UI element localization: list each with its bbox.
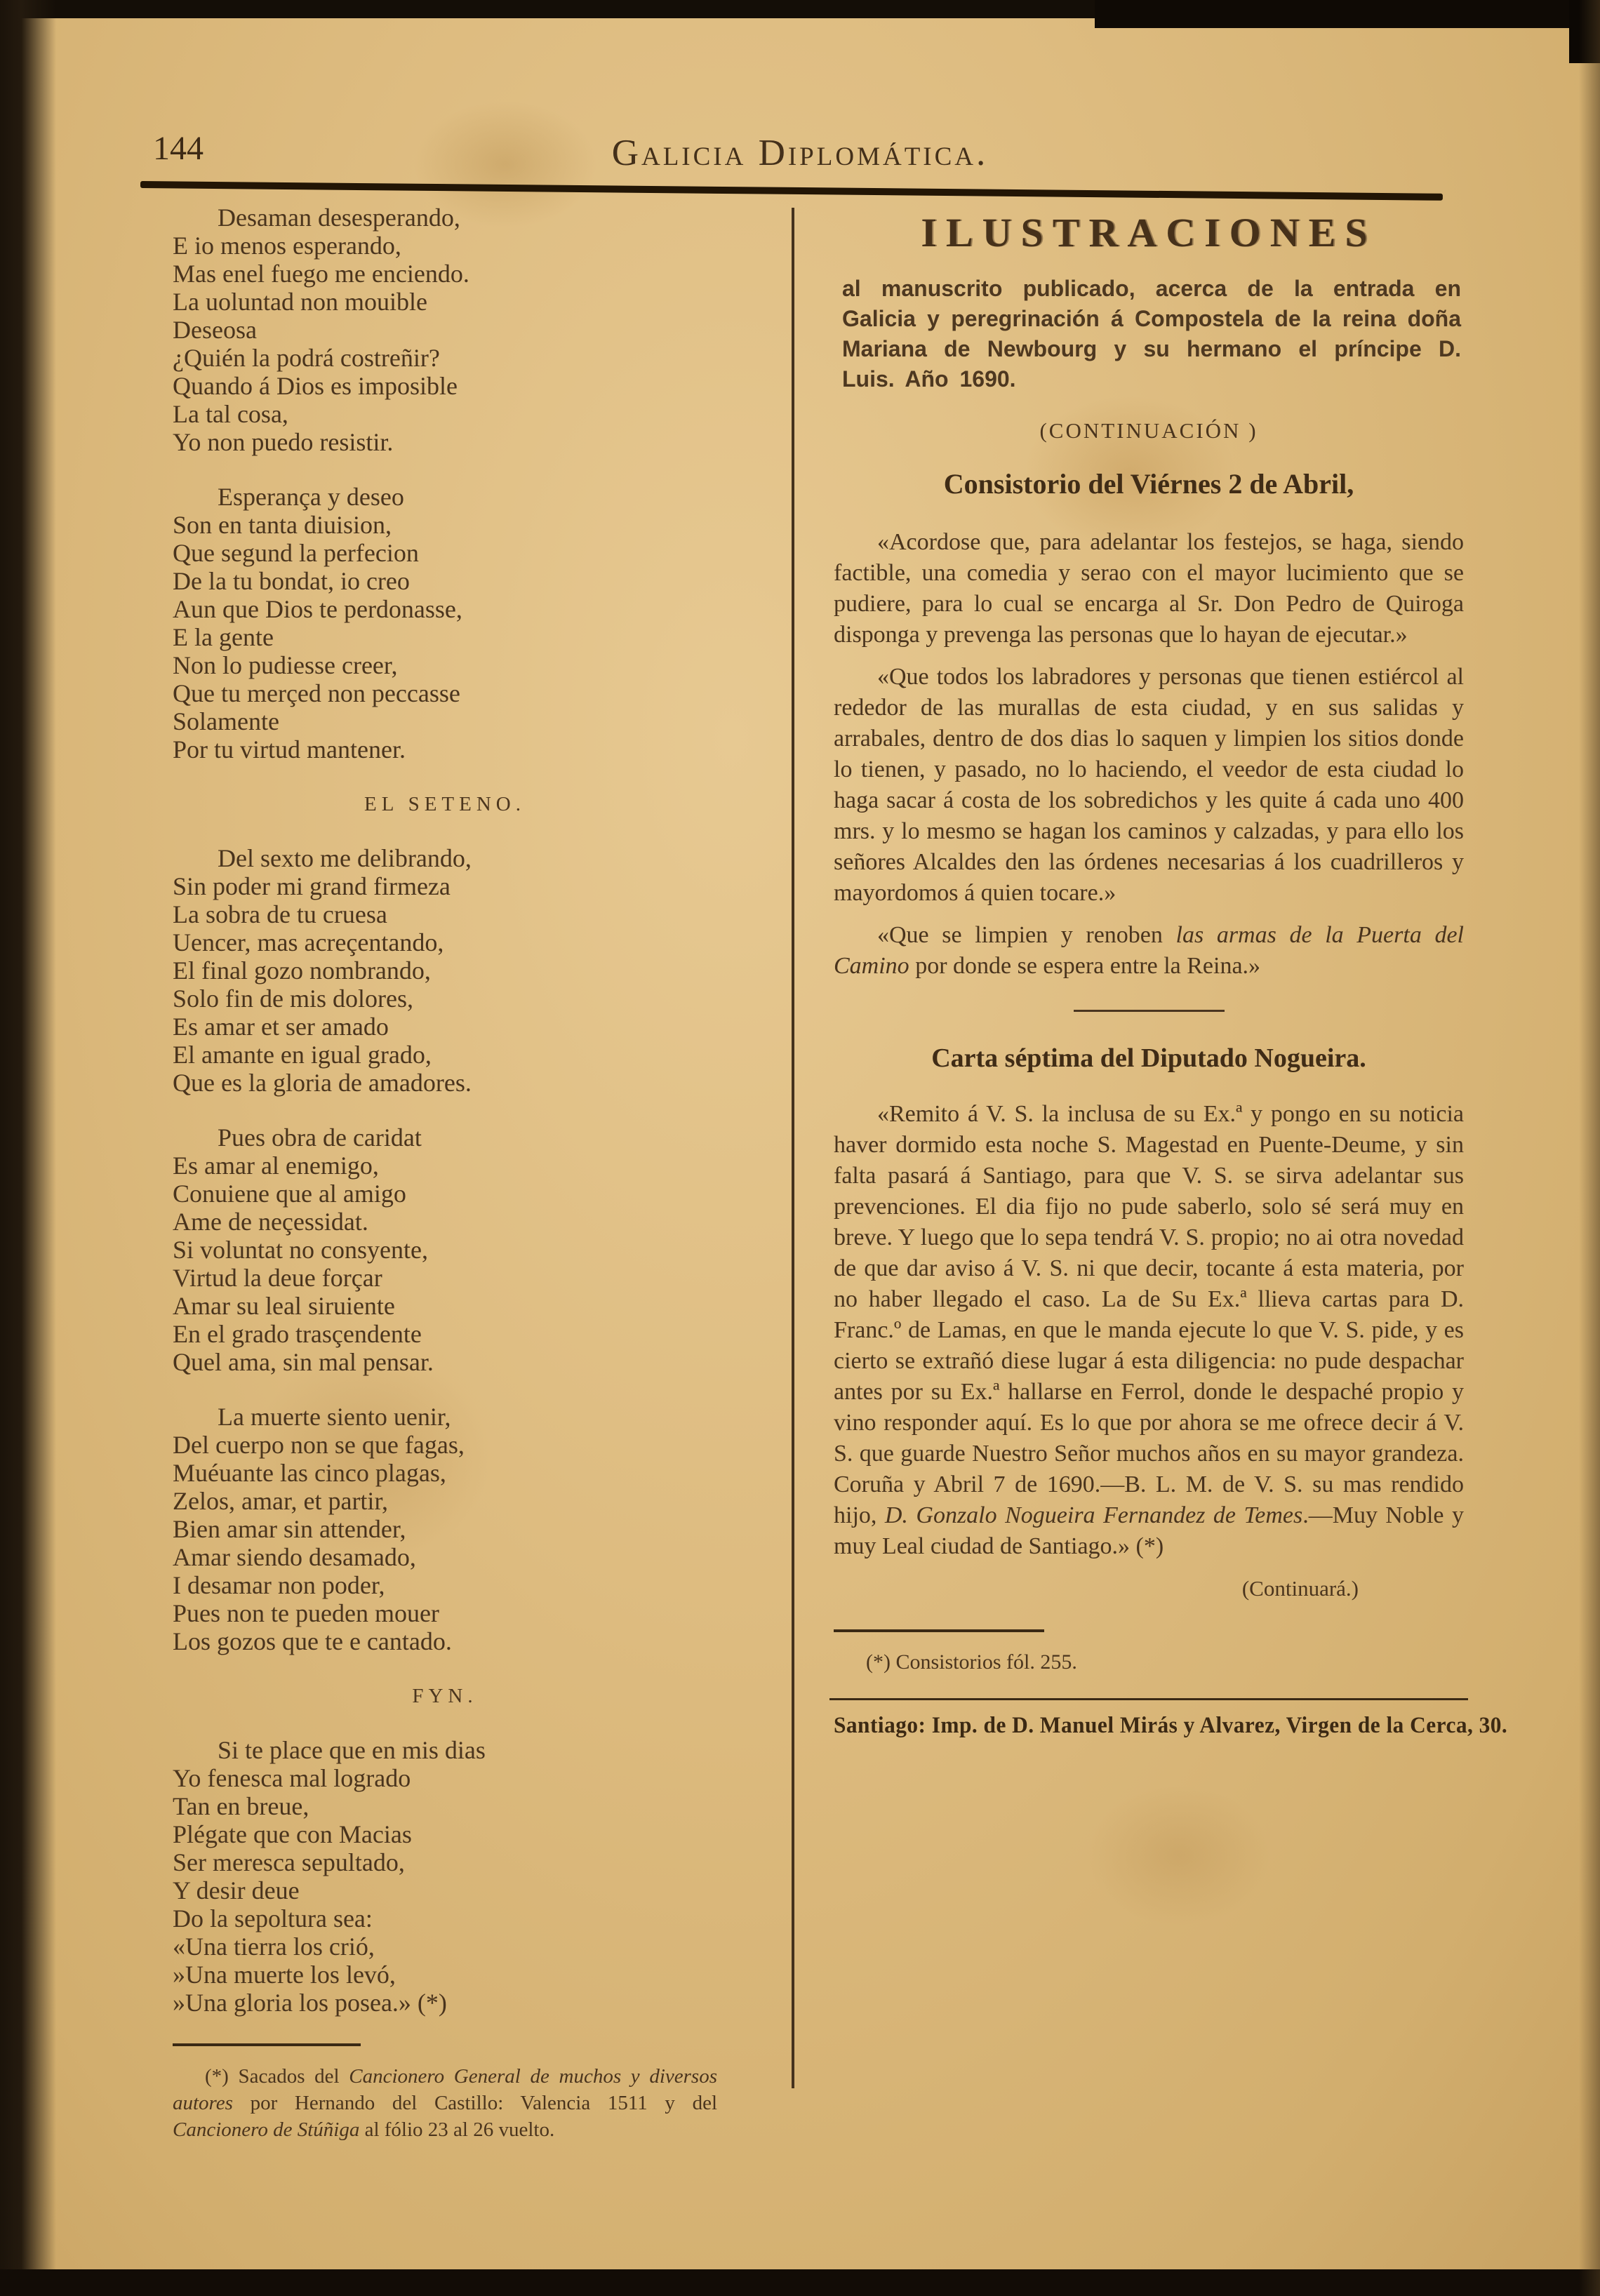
imprint-line: Santiago: Imp. de D. Manuel Mirás y Alva… [834,1713,1432,1739]
poem-stanza-1: Desaman desesperando,E io menos esperand… [173,203,717,456]
paragraph-puerta-del-camino: «Que se limpien y renoben las armas de l… [834,920,1464,982]
article-title: ILUSTRACIONES [834,211,1464,255]
photo-border-right [1579,0,1600,2296]
fyn-heading: FYN. [173,1685,717,1708]
poem-stanza-6: Si te place que en mis diasYo fenesca ma… [173,1736,717,2017]
continuara-note: (Continuará.) [834,1576,1464,1601]
photo-border-top-right [1095,0,1600,28]
article-subtitle: al manuscrito publicado, acerca de la en… [842,274,1461,394]
consistorio-heading: Consistorio del Viérnes 2 de Abril, [834,467,1464,500]
poem-column: Desaman desesperando,E io menos esperand… [173,203,717,2143]
article-footnote: (*) Consistorios fól. 255. [834,1650,1464,1674]
poem-stanza-2: Esperança y deseoSon en tanta diuision,Q… [173,483,717,763]
poem-stanza-5: La muerte siento uenir,Del cuerpo non se… [173,1403,717,1655]
continuation-note: (CONTINUACIÓN ) [834,418,1464,443]
masthead-title: Galicia Diplomática. [0,132,1600,174]
photo-border-bottom [0,2269,1600,2296]
paragraph-labradores: «Que todos los labradores y personas que… [834,662,1464,909]
scanned-newspaper-photo: { "colors": { "paper": "#ddbb7f", "ink":… [0,0,1600,2296]
carta-heading: Carta séptima del Diputado Nogueira. [834,1043,1464,1074]
paragraph-acordose: «Acordose que, para adelantar los festej… [834,527,1464,650]
poem-footnote-rule [173,2043,361,2046]
paper-stain [1088,1785,1270,1925]
poem-stanza-3: Del sexto me delibrando,Sin poder mi gra… [173,844,717,1097]
poem-footnote-block: (*) Sacados del Cancionero General de mu… [173,2043,717,2143]
poem-stanza-4: Pues obra de caridatEs amar al enemigo,C… [173,1123,717,1376]
poem-footnote: (*) Sacados del Cancionero General de mu… [173,2063,717,2143]
imprint-rule [829,1698,1468,1700]
section-divider-rule [1074,1010,1225,1012]
paragraph-carta-nogueira: «Remito á V. S. la inclusa de su Ex.ª y … [834,1099,1464,1562]
seteno-heading: EL SETENO. [173,793,717,816]
article-column: ILUSTRACIONES al manuscrito publicado, a… [834,211,1464,1739]
article-footnote-rule [834,1629,1044,1632]
photo-border-left [0,0,56,2296]
column-divider-rule [792,208,794,2088]
